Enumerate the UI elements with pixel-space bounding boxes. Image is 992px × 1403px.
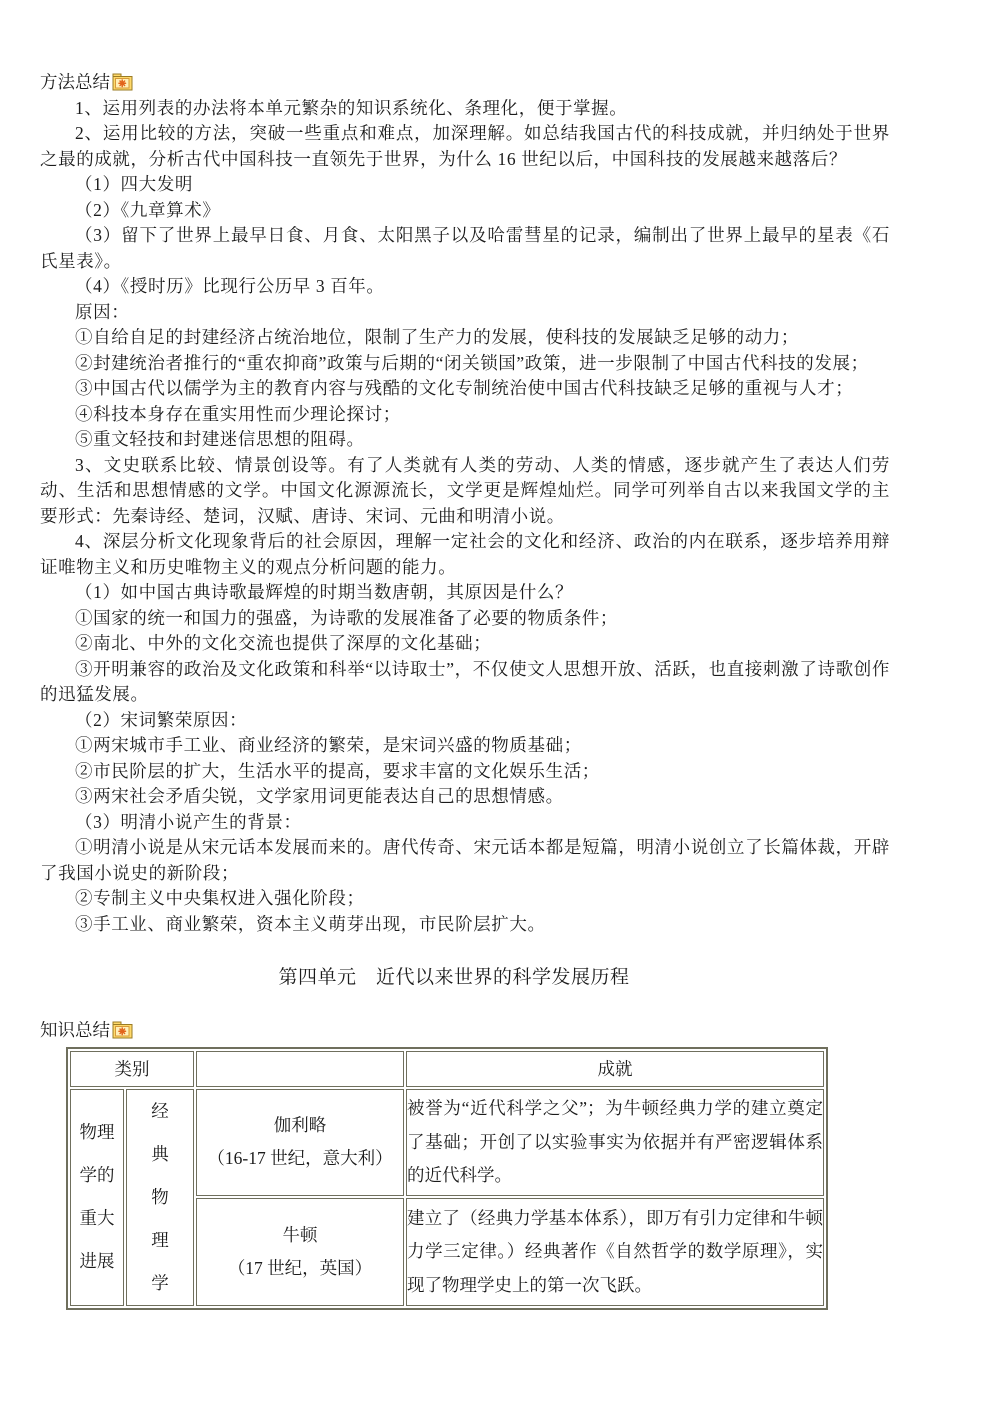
method-paragraph: ③两宋社会矛盾尖锐，文学家用词更能表达自己的思想情感。 bbox=[40, 784, 890, 810]
method-paragraph: ③中国古代以儒学为主的教育内容与残酷的文化专制统治使中国古代科技缺乏足够的重视与… bbox=[40, 376, 890, 402]
method-paragraph: ③开明兼容的政治及文化政策和科举“以诗取士”，不仅使文人思想开放、活跃，也直接刺… bbox=[40, 657, 890, 708]
method-paragraph: ③手工业、商业繁荣，资本主义萌芽出现，市民阶层扩大。 bbox=[40, 912, 890, 938]
table-cell-achievement: 建立了（经典力学基本体系），即万有引力定律和牛顿力学三定律。）经典著作《自然哲学… bbox=[406, 1198, 824, 1306]
knowledge-summary-title: 知识总结 bbox=[40, 1020, 110, 1040]
unit-heading: 第四单元 近代以来世界的科学发展历程 bbox=[40, 962, 868, 989]
method-paragraph: （3）明清小说产生的背景： bbox=[40, 810, 890, 836]
scientist-name: 牛顿 bbox=[197, 1219, 403, 1252]
table-header-row: 类别 成就 bbox=[70, 1051, 824, 1087]
method-paragraph: 1、运用列表的办法将本单元繁杂的知识系统化、条理化，便于掌握。 bbox=[40, 96, 890, 122]
method-paragraph: ⑤重文轻技和封建迷信思想的阻碍。 bbox=[40, 427, 890, 453]
method-paragraph: ②专制主义中央集权进入强化阶段； bbox=[40, 886, 890, 912]
scientist-period: （16-17 世纪，意大利） bbox=[197, 1142, 403, 1175]
document-page: 方法总结 1、运用列表的办法将本单元繁杂的知识系统化、条理化，便于掌握。2、运用… bbox=[0, 0, 890, 1310]
method-paragraph: ①国家的统一和国力的强盛，为诗歌的发展准备了必要的物质条件； bbox=[40, 606, 890, 632]
method-paragraph: （3）留下了世界上最早日食、月食、太阳黑子以及哈雷彗星的记录，编制出了世界上最早… bbox=[40, 223, 890, 274]
knowledge-table: 类别 成就 物理学的重大进展 经典物理学 伽利略 （16-17 世纪，意大利） … bbox=[66, 1047, 828, 1310]
method-paragraph-list: 1、运用列表的办法将本单元繁杂的知识系统化、条理化，便于掌握。2、运用比较的方法… bbox=[40, 96, 890, 938]
table-row-galileo: 物理学的重大进展 经典物理学 伽利略 （16-17 世纪，意大利） 被誉为“近代… bbox=[70, 1089, 824, 1197]
category-group-label: 物理学的重大进展 bbox=[78, 1111, 116, 1283]
table-cell-scientist: 伽利略 （16-17 世纪，意大利） bbox=[196, 1089, 404, 1197]
method-paragraph: 3、文史联系比较、情景创设等。有了人类就有人类的劳动、人类的情感，逐步就产生了表… bbox=[40, 453, 890, 530]
table-cell-scientist: 牛顿 （17 世纪，英国） bbox=[196, 1198, 404, 1306]
method-paragraph: ②封建统治者推行的“重农抑商”政策与后期的“闭关锁国”政策，进一步限制了中国古代… bbox=[40, 351, 890, 377]
folder-star-icon bbox=[112, 72, 133, 92]
method-summary-title: 方法总结 bbox=[40, 72, 110, 92]
method-paragraph: ①自给自足的封建经济占统治地位，限制了生产力的发展，使科技的发展缺乏足够的动力； bbox=[40, 325, 890, 351]
method-paragraph: 原因： bbox=[40, 300, 890, 326]
method-paragraph: ①明清小说是从宋元话本发展而来的。唐代传奇、宋元话本都是短篇，明清小说创立了长篇… bbox=[40, 835, 890, 886]
method-paragraph: ①两宋城市手工业、商业经济的繁荣，是宋词兴盛的物质基础； bbox=[40, 733, 890, 759]
method-paragraph: ②南北、中外的文化交流也提供了深厚的文化基础； bbox=[40, 631, 890, 657]
method-paragraph: 2、运用比较的方法，突破一些重点和难点，加深理解。如总结我国古代的科技成就，并归… bbox=[40, 121, 890, 172]
table-header-category: 类别 bbox=[70, 1051, 194, 1087]
method-paragraph: （1）四大发明 bbox=[40, 172, 890, 198]
method-paragraph: （2）宋词繁荣原因： bbox=[40, 708, 890, 734]
folder-star-icon bbox=[112, 1020, 133, 1040]
table-header-blank bbox=[196, 1051, 404, 1087]
scientist-period: （17 世纪，英国） bbox=[197, 1252, 403, 1285]
subcategory-label: 经典物理学 bbox=[150, 1090, 170, 1305]
method-summary-heading: 方法总结 bbox=[40, 70, 890, 96]
table-cell-achievement: 被誉为“近代科学之父”；为牛顿经典力学的建立奠定了基础；开创了以实验事实为依据并… bbox=[406, 1089, 824, 1197]
table-cell-category-group: 物理学的重大进展 bbox=[70, 1089, 124, 1306]
method-paragraph: ④科技本身存在重实用性而少理论探讨； bbox=[40, 402, 890, 428]
method-paragraph: （1）如中国古典诗歌最辉煌的时期当数唐朝，其原因是什么？ bbox=[40, 580, 890, 606]
method-paragraph: ②市民阶层的扩大，生活水平的提高，要求丰富的文化娱乐生活； bbox=[40, 759, 890, 785]
method-paragraph: （2）《九章算术》 bbox=[40, 198, 890, 224]
table-header-achievement: 成就 bbox=[406, 1051, 824, 1087]
method-paragraph: （4）《授时历》比现行公历早 3 百年。 bbox=[40, 274, 890, 300]
method-paragraph: 4、深层分析文化现象背后的社会原因，理解一定社会的文化和经济、政治的内在联系，逐… bbox=[40, 529, 890, 580]
scientist-name: 伽利略 bbox=[197, 1109, 403, 1142]
knowledge-summary-heading: 知识总结 bbox=[40, 1018, 890, 1044]
table-cell-subcategory: 经典物理学 bbox=[126, 1089, 194, 1306]
